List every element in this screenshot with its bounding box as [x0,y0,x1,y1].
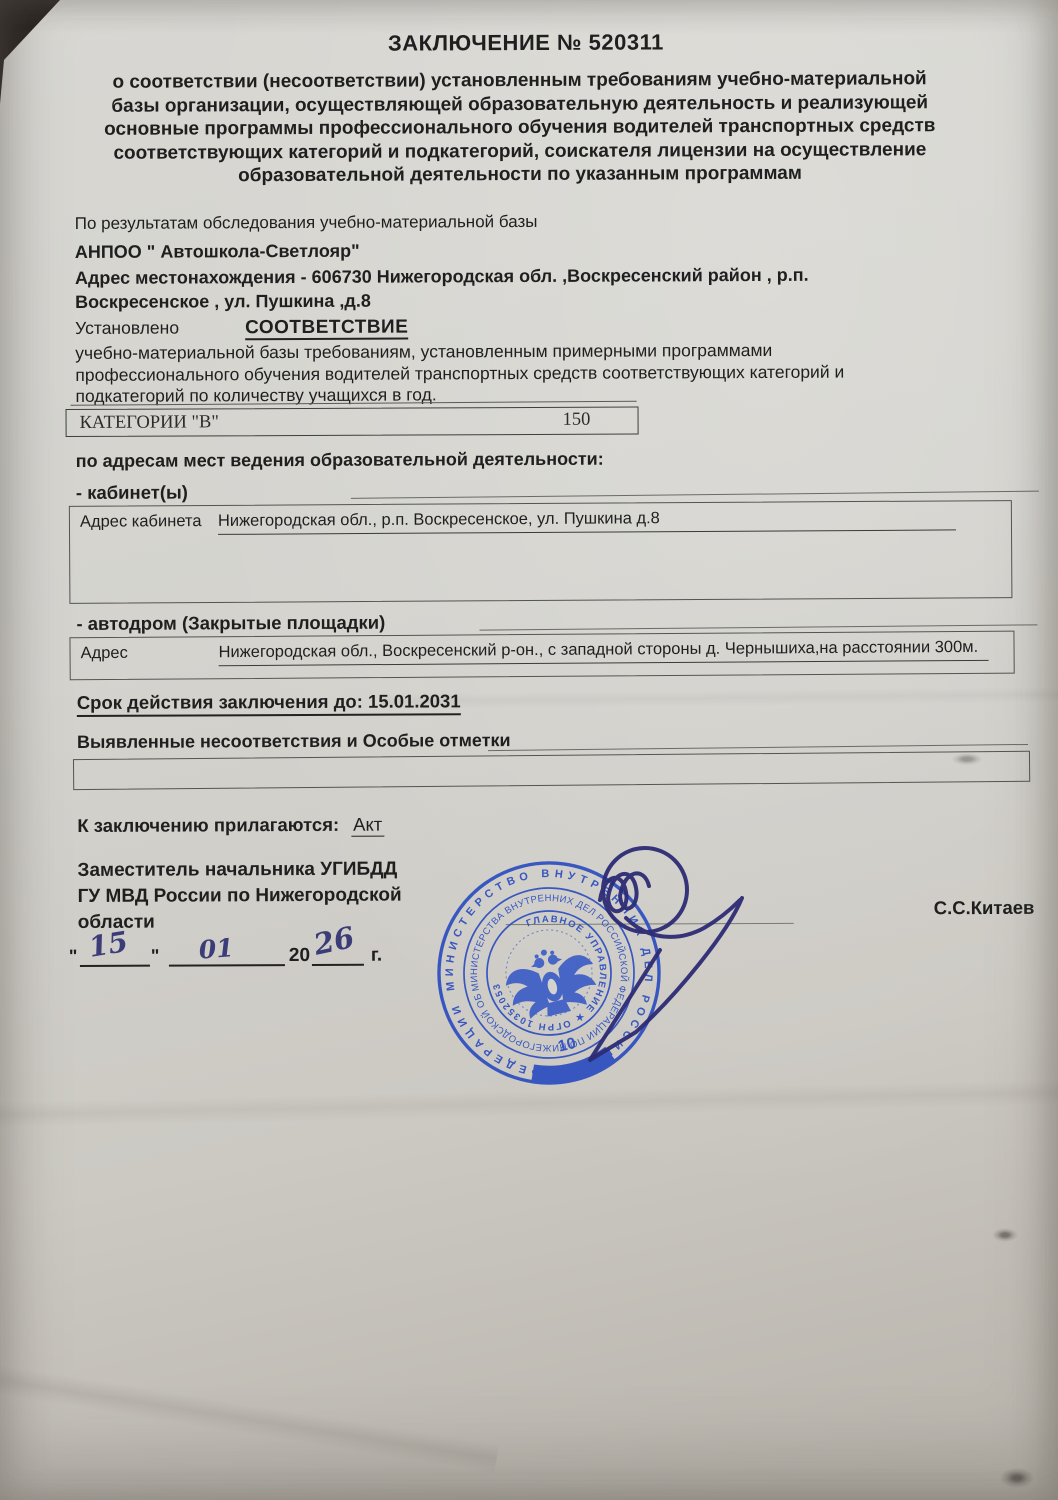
autodrome-address-label: Адрес [80,643,218,663]
defects-heading: Выявленные несоответствия и Особые отмет… [77,730,511,753]
validity-note: Срок действия заключения до: 15.01.2031 [77,690,461,717]
organization-name: АНПОО " Автошкола-Светлояр" [75,241,360,263]
handwritten-signature [430,820,860,1090]
scanned-document-page: ЗАКЛЮЧЕНИЕ № 520311 о соответствии (несо… [0,0,1058,1500]
attachments-row: К заключению прилагаются:Акт [77,814,384,837]
attachments-value: Акт [351,814,384,837]
cabinet-address-value: Нижегородская обл., р.п. Воскресенское, … [218,507,956,535]
date-century: 20 [289,945,310,967]
date-open-quote: " [69,946,78,967]
addresses-heading: по адресам мест ведения образовательной … [76,449,604,472]
cabinet-heading-line [351,491,1039,499]
category-label: КАТЕГОРИИ "В" [80,412,219,434]
date-line: " 15 " 01 20 26 г. [0,0,1055,2]
cabinet-heading: - кабинет(ы) [76,481,188,503]
established-label: Установлено [75,318,179,338]
autodrome-box: Адрес Нижегородская обл., Воскресенский … [69,631,1014,681]
autodrome-address-row: Адрес Нижегородская обл., Воскресенский … [70,632,1013,668]
document-subtitle: о соответствии (несоответствии) установл… [67,67,973,188]
established-row: УстановленоСООТВЕТСТВИЕ [75,317,408,340]
date-year-suffix: г. [371,945,382,967]
organization-address: Адрес местонахождения - 606730 Нижегород… [75,262,955,314]
defects-box-smudge [952,753,982,765]
cabinet-box: Адрес кабинета Нижегородская обл., р.п. … [69,500,1013,604]
signer-name: С.С.Китаев [934,897,1035,919]
established-paragraph: учебно-материальной базы требованиям, ус… [75,339,955,407]
autodrome-heading-line [479,624,1037,630]
established-value: СООТВЕТСТВИЕ [245,317,408,341]
cabinet-address-row: Адрес кабинета Нижегородская обл., р.п. … [70,501,1011,536]
defects-heading-line [488,744,1028,751]
handwritten-month: 01 [198,933,235,964]
cabinet-address-label: Адрес кабинета [80,512,218,532]
date-close-quote: " [151,946,160,967]
survey-intro: По результатам обследования учебно-матер… [75,212,538,234]
autodrome-address-value: Нижегородская обл., Воскресенский р-он.,… [218,638,988,666]
document-title: ЗАКЛЮЧЕНИЕ № 520311 [0,28,1055,59]
defects-box [73,751,1030,790]
document-content: ЗАКЛЮЧЕНИЕ № 520311 о соответствии (несо… [0,0,1058,1500]
category-box: КАТЕГОРИИ "В" 150 [66,407,639,437]
attachments-label: К заключению прилагаются: [77,814,339,836]
autodrome-heading: - автодром (Закрытые площадки) [76,612,385,635]
category-count: 150 [563,410,591,431]
handwritten-day: 15 [86,925,130,964]
